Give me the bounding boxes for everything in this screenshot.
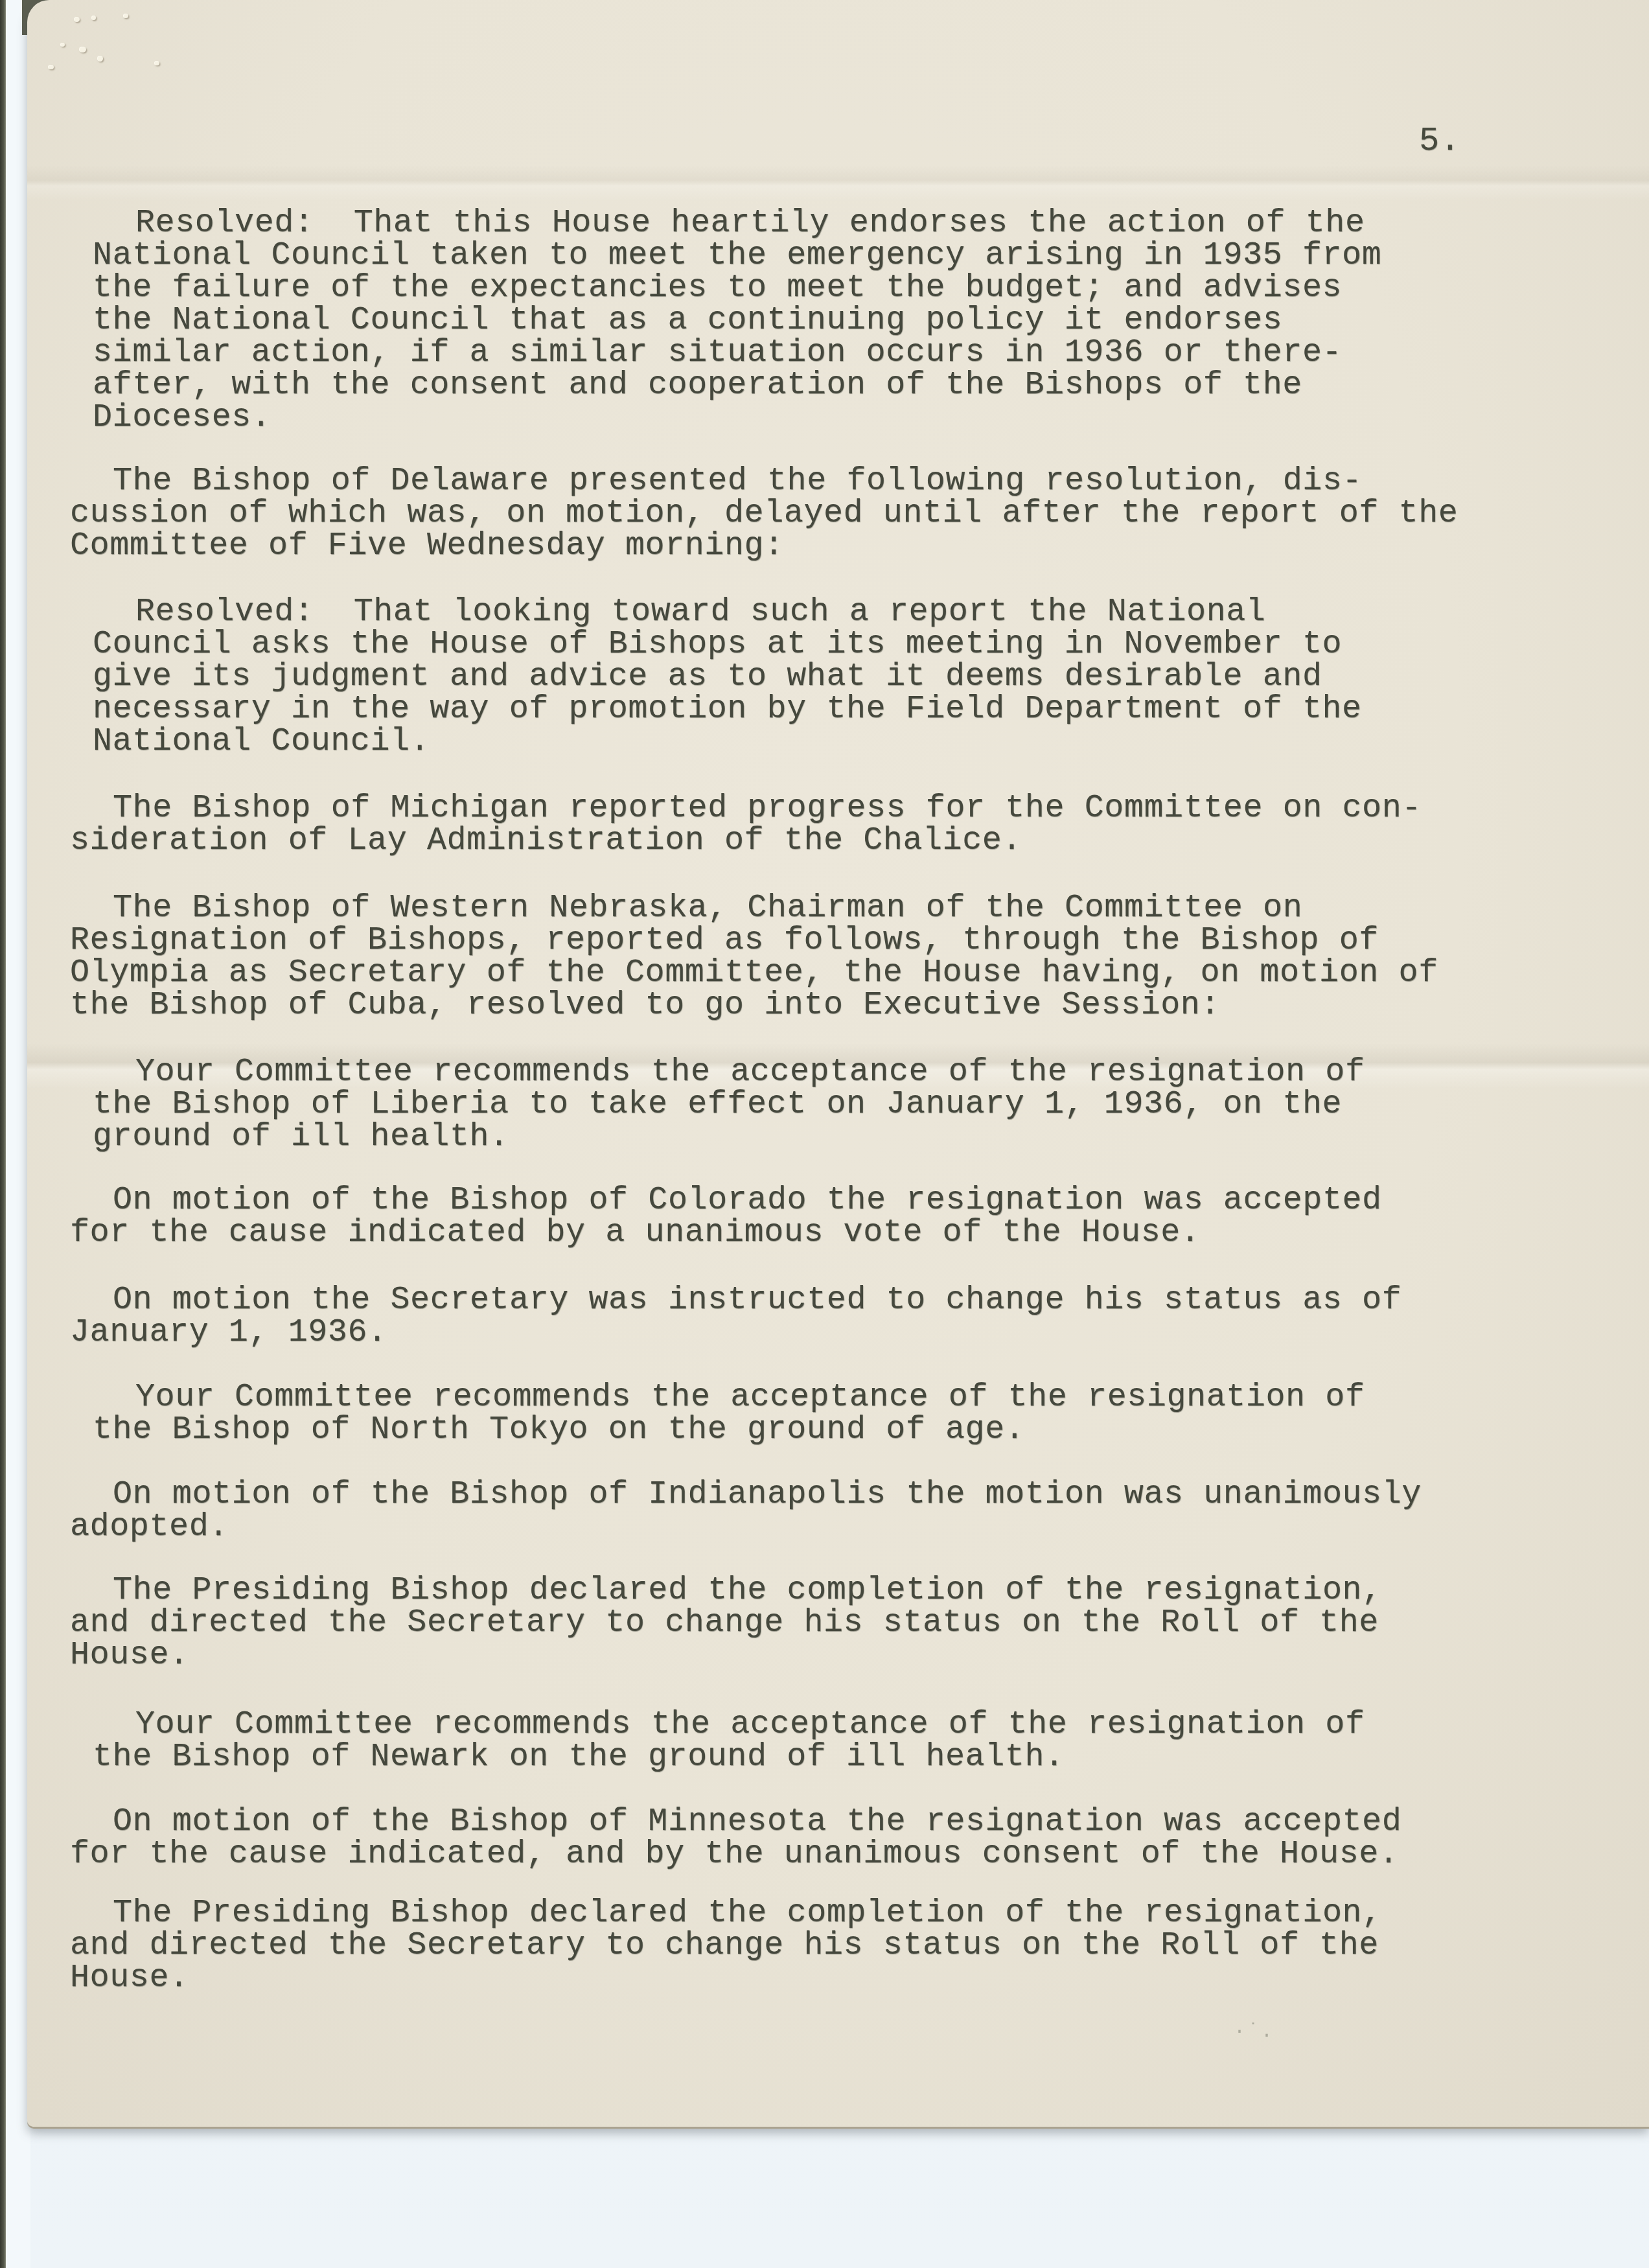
text-line: for the cause indicated, and by the unan… — [70, 1838, 1401, 1871]
text-line: National Council. — [93, 726, 1362, 758]
scanned-document-page: 5. Resolved: That this House heartily en… — [0, 0, 1649, 2268]
text-line: necessary in the way of promotion by the… — [93, 693, 1362, 726]
text-line: The Bishop of Michigan reported progress… — [70, 793, 1422, 825]
text-line: the Bishop of Liberia to take effect on … — [93, 1089, 1365, 1121]
paragraph-body-5: On motion the Secretary was instructed t… — [70, 1284, 1401, 1349]
paragraph-resolution-2: Resolved: That looking toward such a rep… — [93, 596, 1362, 758]
text-line: On motion of the Bishop of Colorado the … — [70, 1185, 1382, 1217]
text-line: the Bishop of Cuba, resolved to go into … — [70, 989, 1438, 1022]
paragraph-body-6: On motion of the Bishop of Indianapolis … — [70, 1479, 1422, 1544]
text-line: On motion the Secretary was instructed t… — [70, 1284, 1401, 1317]
text-line: sideration of Lay Administration of the … — [70, 825, 1422, 857]
text-line: adopted. — [70, 1511, 1422, 1544]
text-line: House. — [70, 1962, 1382, 1995]
text-line: give its judgment and advice as to what … — [93, 661, 1362, 693]
text-line: for the cause indicated by a unanimous v… — [70, 1217, 1382, 1249]
paragraph-committee-1: Your Committee recommends the acceptance… — [93, 1056, 1365, 1153]
text-line: Resolved: That this House heartily endor… — [93, 207, 1381, 240]
text-line: The Presiding Bishop declared the comple… — [70, 1897, 1382, 1930]
text-line: cussion of which was, on motion, delayed… — [70, 498, 1458, 530]
paragraph-body-4: On motion of the Bishop of Colorado the … — [70, 1185, 1382, 1249]
text-line: Your Committee recommends the acceptance… — [93, 1709, 1365, 1741]
text-line: January 1, 1936. — [70, 1317, 1401, 1349]
text-line: the Bishop of North Tokyo on the ground … — [93, 1414, 1365, 1446]
pencil-smudge: ·˙. — [1234, 2027, 1256, 2037]
text-line: the National Council that as a continuin… — [93, 305, 1381, 337]
text-line: On motion of the Bishop of Indianapolis … — [70, 1479, 1422, 1511]
text-line: Dioceses. — [93, 402, 1381, 434]
staple-marks — [27, 0, 222, 104]
text-line: Resignation of Bishops, reported as foll… — [70, 925, 1438, 957]
fold-crease-top — [27, 165, 1649, 201]
text-line: The Presiding Bishop declared the comple… — [70, 1575, 1382, 1607]
paragraph-committee-3: Your Committee recommends the acceptance… — [93, 1709, 1365, 1774]
page-number: 5. — [1419, 122, 1460, 160]
paragraph-body-2: The Bishop of Michigan reported progress… — [70, 793, 1422, 857]
text-line: The Bishop of Western Nebraska, Chairman… — [70, 892, 1438, 925]
text-line: and directed the Secretary to change his… — [70, 1607, 1382, 1639]
text-line: Your Committee recommends the acceptance… — [93, 1056, 1365, 1089]
text-line: National Council taken to meet the emerg… — [93, 240, 1381, 272]
text-line: the Bishop of Newark on the ground of il… — [93, 1741, 1365, 1774]
text-line: Resolved: That looking toward such a rep… — [93, 596, 1362, 629]
paragraph-body-9: The Presiding Bishop declared the comple… — [70, 1897, 1382, 1995]
scanner-edge-strip — [0, 0, 6, 2268]
paragraph-body-3: The Bishop of Western Nebraska, Chairman… — [70, 892, 1438, 1022]
text-line: On motion of the Bishop of Minnesota the… — [70, 1806, 1401, 1838]
text-line: Your Committee recommends the acceptance… — [93, 1382, 1365, 1414]
text-line: House. — [70, 1639, 1382, 1672]
text-line: Olympia as Secretary of the Committee, t… — [70, 957, 1438, 989]
paper-sheet: 5. Resolved: That this House heartily en… — [27, 0, 1649, 2127]
text-line: the failure of the expectancies to meet … — [93, 272, 1381, 305]
text-line: Committee of Five Wednesday morning: — [70, 530, 1458, 562]
text-line: Council asks the House of Bishops at its… — [93, 629, 1362, 661]
text-line: and directed the Secretary to change his… — [70, 1930, 1382, 1962]
paragraph-resolution-1: Resolved: That this House heartily endor… — [93, 207, 1381, 434]
paragraph-body-1: The Bishop of Delaware presented the fol… — [70, 465, 1458, 562]
paragraph-committee-2: Your Committee recommends the acceptance… — [93, 1382, 1365, 1446]
paragraph-body-8: On motion of the Bishop of Minnesota the… — [70, 1806, 1401, 1871]
text-line: after, with the consent and cooperation … — [93, 369, 1381, 402]
text-line: similar action, if a similar situation o… — [93, 337, 1381, 369]
text-line: The Bishop of Delaware presented the fol… — [70, 465, 1458, 498]
paragraph-body-7: The Presiding Bishop declared the comple… — [70, 1575, 1382, 1672]
text-line: ground of ill health. — [93, 1121, 1365, 1153]
